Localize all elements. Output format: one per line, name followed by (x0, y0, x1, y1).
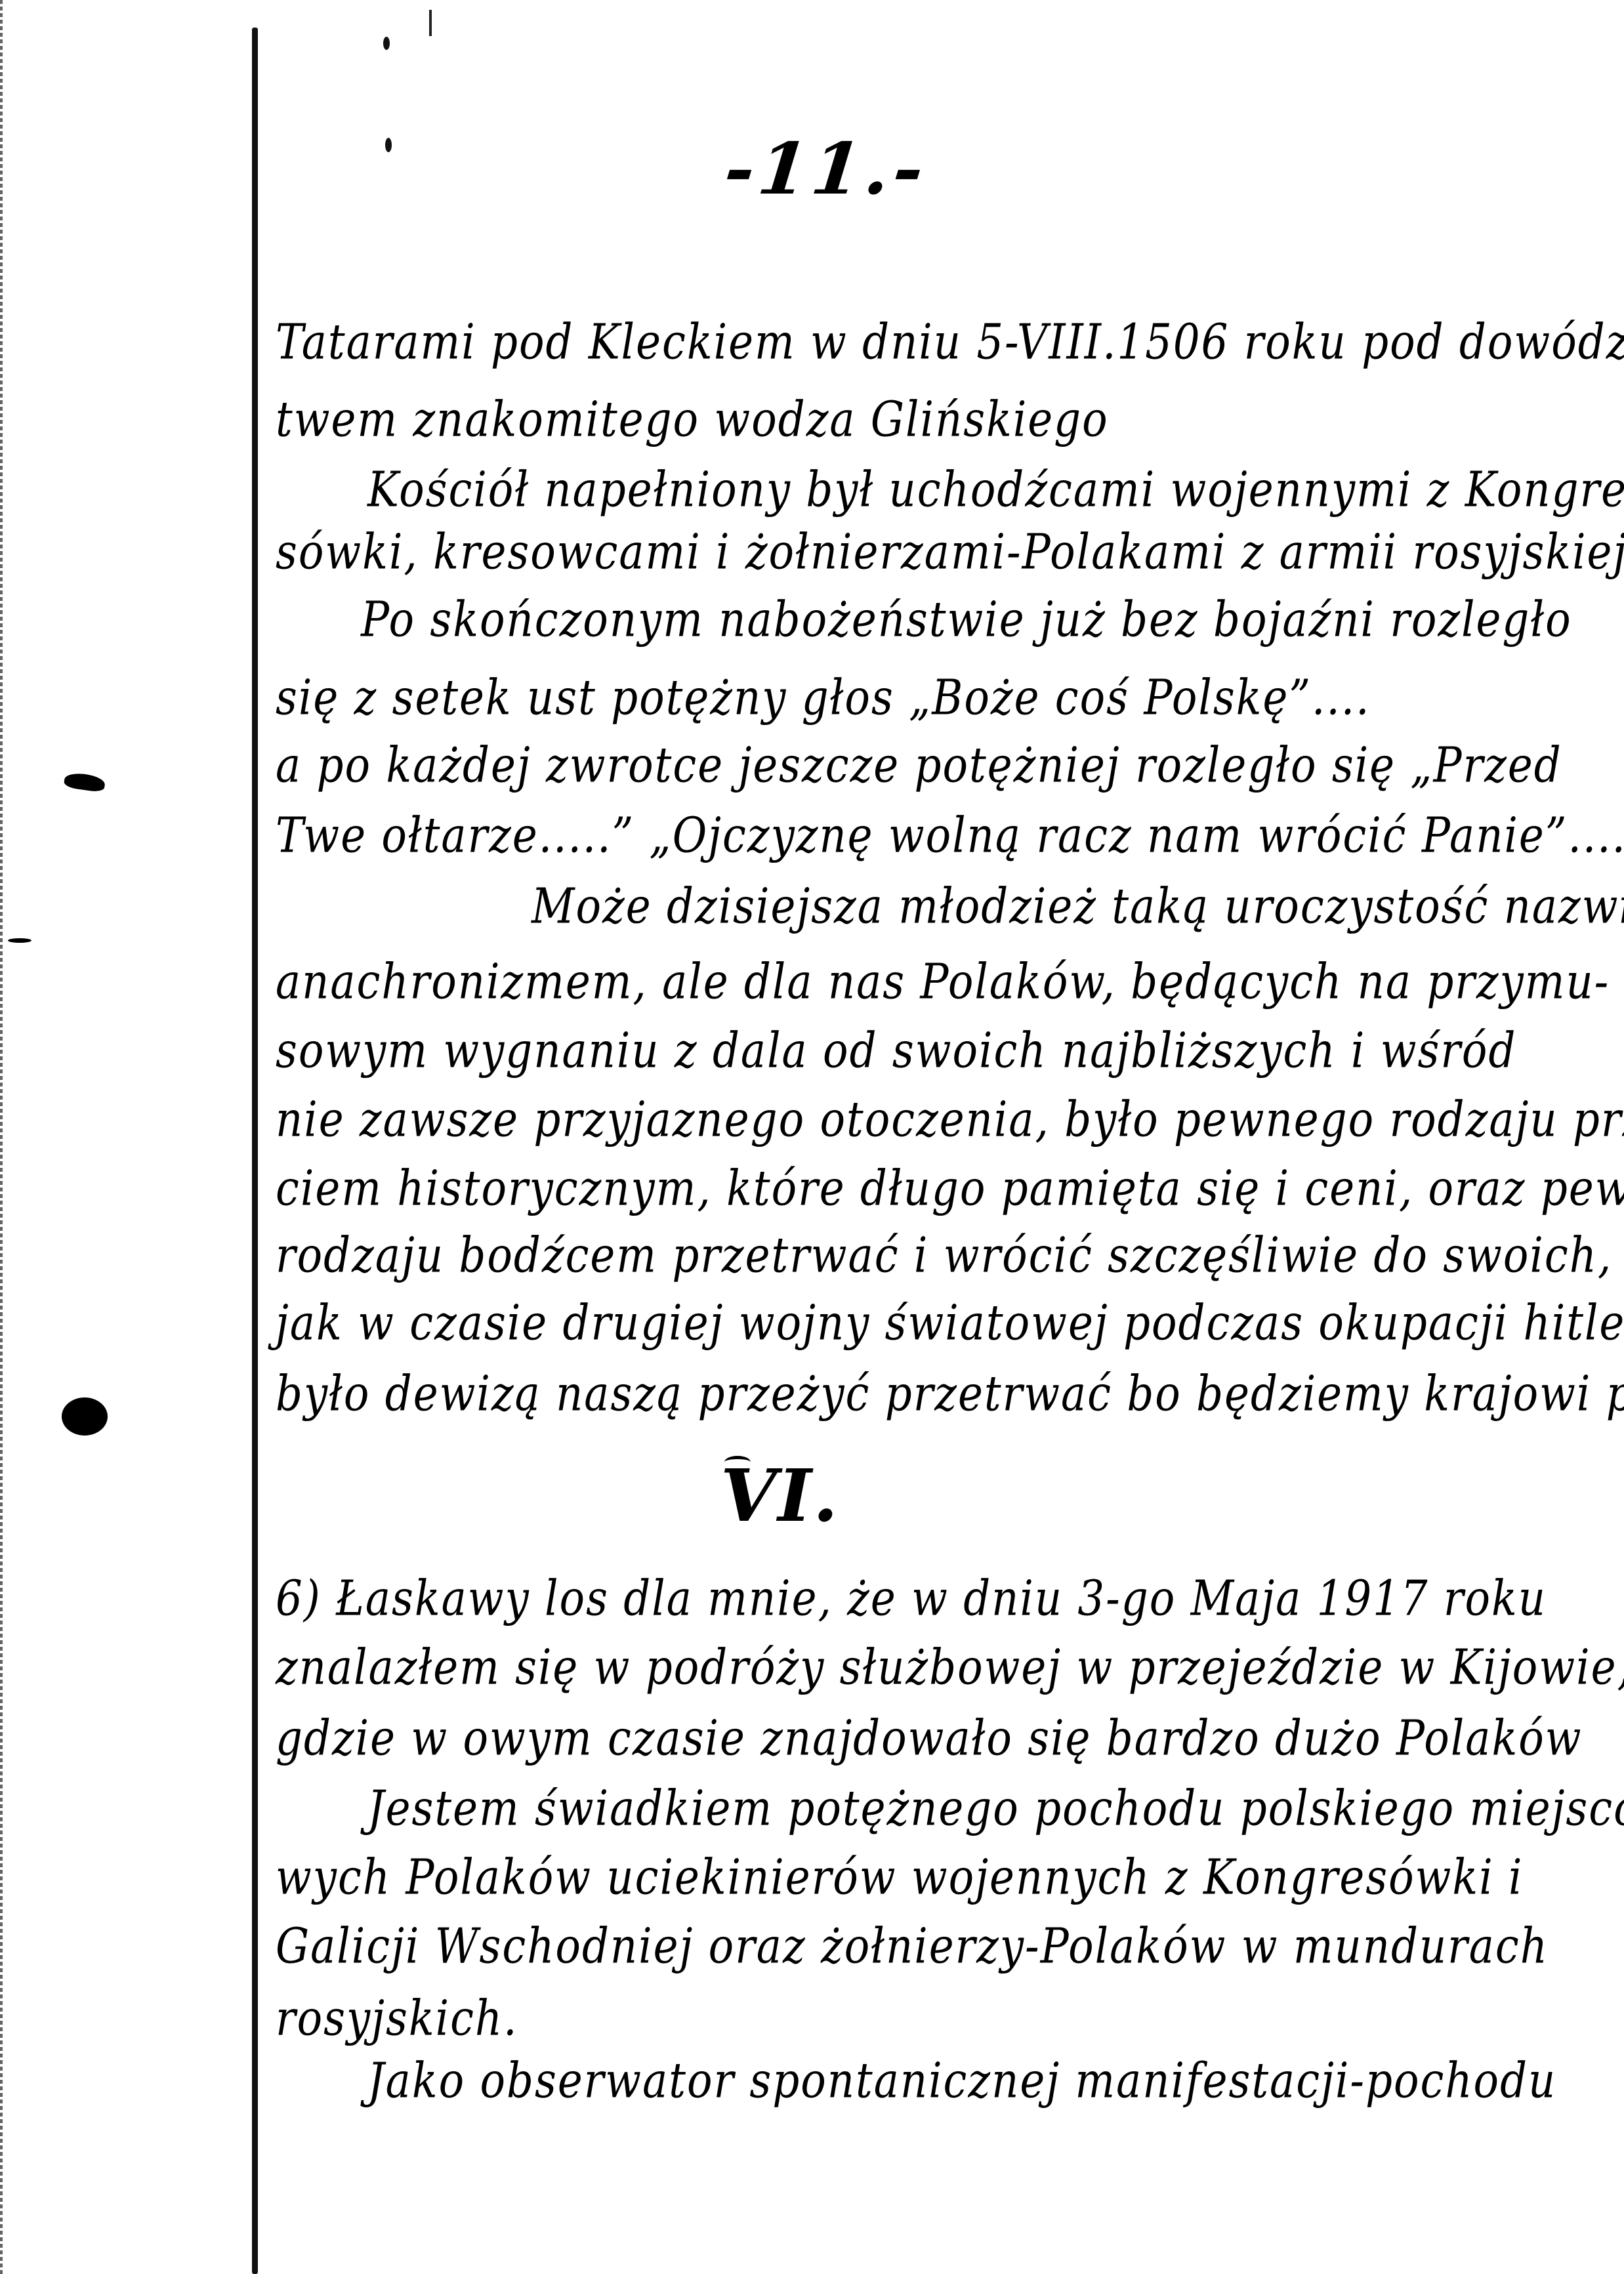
text-line: nie zawsze przyjaznego otoczenia, było p… (276, 1092, 1624, 1148)
scan-edge-line (0, 0, 3, 2274)
text-line: wych Polaków uciekinierów wojennych z Ko… (276, 1850, 1523, 1906)
ink-mark (429, 10, 432, 36)
text-line: Po skończonym nabożeństwie już bez bojaź… (361, 592, 1572, 648)
text-line: jak w czasie drugiej wojny światowej pod… (276, 1296, 1624, 1352)
punch-hole-mark (8, 938, 31, 943)
text-line: Galicji Wschodniej oraz żołnierzy-Polakó… (276, 1919, 1549, 1975)
text-line: się z setek ust potężny głos „Boże coś P… (276, 671, 1370, 726)
page-number: -11.- (720, 128, 931, 211)
text-line: a po każdej zwrotce jeszcze potężniej ro… (276, 738, 1562, 794)
text-line: Tatarami pod Kleckiem w dniu 5-VIII.1506… (276, 315, 1624, 371)
text-line: znalazłem się w podróży służbowej w prze… (276, 1640, 1624, 1696)
text-line: rodzaju bodźcem przetrwać i wrócić szczę… (276, 1228, 1624, 1284)
text-line: sówki, kresowcami i żołnierzami-Polakami… (276, 525, 1624, 581)
text-line: 6) Łaskawy los dla mnie, że w dniu 3-go … (276, 1571, 1547, 1627)
punch-hole-mark (64, 772, 106, 793)
text-line: sowym wygnaniu z dala od swoich najbliżs… (276, 1023, 1516, 1079)
text-line: Kościół napełniony był uchodźcami wojenn… (367, 463, 1624, 518)
text-line: twem znakomitego wodza Glińskiego (276, 392, 1109, 448)
text-line: Jako obserwator spontanicznej manifestac… (367, 2054, 1556, 2109)
ink-mark (383, 37, 390, 50)
text-line: ciem historycznym, które długo pamięta s… (276, 1161, 1624, 1217)
text-line: Jestem świadkiem potężnego pochodu polsk… (367, 1781, 1624, 1837)
text-line: Może dzisiejsza młodzież taką uroczystoś… (531, 879, 1624, 935)
margin-rule (252, 28, 258, 2274)
text-line: rosyjskich. (276, 1991, 518, 2047)
section-heading: VI. (720, 1453, 839, 1538)
text-line: anachronizmem, ale dla nas Polaków, będą… (276, 955, 1610, 1010)
text-line: było dewizą naszą przeżyć przetrwać bo b… (276, 1367, 1624, 1422)
text-line: Twe ołtarze.....” „Ojczyznę wolną racz n… (276, 808, 1624, 864)
ink-mark (385, 138, 392, 152)
text-line: gdzie w owym czasie znajdowało się bardz… (276, 1711, 1583, 1767)
manuscript-page: -11.- Tatarami pod Kleckiem w dniu 5-VII… (0, 0, 1624, 2274)
punch-hole-mark (62, 1397, 108, 1436)
